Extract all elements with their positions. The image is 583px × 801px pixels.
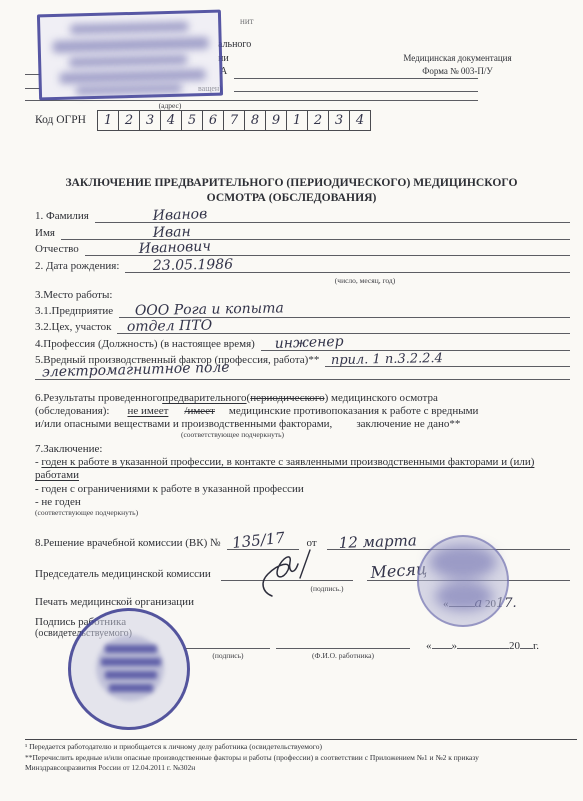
stamp-blurred-text: [429, 545, 497, 579]
ogrn-digit-cell: 2: [307, 110, 329, 131]
field-department: 3.2.Цех, участок отдел ПТО: [35, 320, 570, 334]
doc-meta-line2: Форма № 003-П/У: [355, 65, 560, 78]
worker-sign-hint: (подпись): [186, 651, 270, 660]
stamp-blurred-text: [53, 37, 209, 53]
header-text-fragment: ального: [218, 39, 251, 50]
field-birthdate: 2. Дата рождения: 23.05.1986: [35, 259, 570, 273]
blank-line: [457, 637, 509, 649]
handwritten-birthdate: 23.05.1986: [153, 259, 233, 273]
chairman-signature: [258, 546, 378, 598]
worker-signature-line: [186, 648, 270, 649]
ogrn-digit-cell: 1: [97, 110, 119, 131]
conclusion-label: 7.Заключение:: [35, 443, 572, 456]
handwritten-department: отдел ПТО: [127, 320, 212, 334]
ogrn-digit-cell: 7: [223, 110, 245, 131]
footnote-line2: **Перечислить вредные и/или опасные прои…: [25, 753, 577, 764]
ogrn-digit-cell: 3: [328, 110, 350, 131]
ogrn-label: Код ОГРН: [35, 114, 86, 126]
ogrn-digit-cell: 9: [265, 110, 287, 131]
round-seal-large: [68, 608, 190, 730]
stamp-blurred-text: [109, 684, 153, 692]
blank-line: [234, 78, 478, 79]
blank-line: [25, 88, 40, 89]
doc-meta-line1: Медицинская документация: [355, 52, 560, 65]
stamp-blurred-text: [435, 581, 493, 611]
field-workplace: 3.Место работы:: [35, 289, 570, 302]
field-label: 3.1.Предприятие: [35, 305, 113, 318]
results-text: 6.Результаты проведенного: [35, 392, 162, 405]
year-suffix: г.: [533, 640, 539, 652]
footnotes: ¹ Передается работодателю и приобщается …: [25, 742, 577, 774]
ogrn-digit-cell: 3: [139, 110, 161, 131]
form-title: ЗАКЛЮЧЕНИЕ ПРЕДВАРИТЕЛЬНОГО (ПЕРИОДИЧЕСК…: [20, 176, 563, 205]
handwritten-patronymic: Иванович: [138, 240, 211, 256]
worker-date: «»20г.: [426, 637, 539, 652]
ogrn-digit-cell: 8: [244, 110, 266, 131]
field-label: 4.Профессия (Должность) (в настоящее вре…: [35, 338, 255, 351]
results-text: медицинские противопоказания к работе с …: [229, 405, 479, 418]
blank-line: ООО Рога и копыта: [119, 304, 570, 318]
chairman-label: Председатель медицинской комиссии: [35, 568, 211, 581]
form-title-line2: ОСМОТРА (ОБСЛЕДОВАНИЯ): [20, 191, 563, 206]
stamp-blurred-text: [101, 658, 161, 666]
form-title-line1: ЗАКЛЮЧЕНИЕ ПРЕДВАРИТЕЛЬНОГО (ПЕРИОДИЧЕСК…: [20, 176, 563, 191]
address-hint: (адрес): [100, 101, 240, 110]
ogrn-digit-cell: 6: [202, 110, 224, 131]
field-firstname: Имя Иван: [35, 226, 570, 240]
birthdate-hint: (число, месяц, год): [290, 276, 440, 285]
blank-line: отдел ПТО: [117, 320, 570, 334]
blank-line: Иван: [61, 226, 570, 240]
round-seal-small: [417, 535, 509, 627]
conclusion-hint: (соответствующее подчеркнуть): [35, 508, 165, 517]
field-label: 3.Место работы:: [35, 289, 112, 302]
worker-fio-line: [276, 648, 410, 649]
stamp-blurred-text: [76, 84, 182, 96]
results-line1: 6.Результаты проведенного предварительно…: [35, 392, 572, 405]
field-company: 3.1.Предприятие ООО Рога и копыта: [35, 304, 570, 318]
footnote-divider: [25, 739, 577, 740]
seal-label: Печать медицинской организации: [35, 596, 194, 608]
footnote-line1: ¹ Передается работодателю и приобщается …: [25, 742, 577, 753]
handwritten-company: ООО Рога и копыта: [135, 302, 284, 318]
blank-line: прил. 1 п.3.2.2.4: [325, 353, 570, 367]
field-label: 2. Дата рождения:: [35, 260, 119, 273]
results-underlined-word: предварительного: [162, 392, 246, 405]
blank-line: [25, 100, 478, 101]
stamp-blurred-text: [105, 671, 157, 679]
clinic-header-stamp: [37, 10, 223, 101]
results-line2: (обследования):не имеет/имеетмедицинские…: [35, 405, 572, 418]
handwritten-profession: инженер: [274, 336, 343, 351]
results-struck-choice: /имеет: [184, 405, 214, 418]
field-label: 1. Фамилия: [35, 210, 89, 223]
results-struck-word: периодического: [250, 392, 324, 405]
stamp-blurred-text: [59, 69, 205, 84]
blank-line: Иванович: [85, 242, 570, 256]
blank-line: 23.05.1986: [125, 259, 570, 273]
stamp-blurred-text: [69, 55, 187, 68]
decision-label: 8.Решение врачебной комиссии (ВК) №: [35, 537, 221, 550]
ogrn-boxes: 1 2 3 4 5 6 7 8 9 1 2 3 4: [97, 110, 371, 131]
blank-line: [432, 637, 452, 649]
field-label: Отчество: [35, 243, 79, 256]
ogrn-digit-cell: 2: [118, 110, 140, 131]
year-prefix: 20: [509, 640, 520, 652]
worker-fio-hint: (Ф.И.О. работника): [276, 651, 410, 660]
option1-underlined: годен к работе в указанной профессии, в …: [35, 456, 534, 481]
field-label: 3.2.Цех, участок: [35, 321, 111, 334]
conclusion-option1: - годен к работе в указанной профессии, …: [35, 456, 550, 482]
medical-form-page: нит ального ни А ващен) (адрес) Медицинс…: [0, 0, 583, 801]
stamp-blurred-text: [70, 21, 188, 34]
doc-meta-block: Медицинская документация Форма № 003-П/У: [355, 52, 560, 78]
blank-line: [520, 637, 533, 649]
field-profession: 4.Профессия (Должность) (в настоящее вре…: [35, 337, 570, 351]
field-surname: 1. Фамилия Иванов: [35, 209, 570, 223]
handwritten-hazard-ref: прил. 1 п.3.2.2.4: [331, 352, 443, 367]
results-text: (обследования):: [35, 405, 109, 418]
handwritten-surname: Иванов: [152, 208, 207, 223]
ogrn-digit-cell: 4: [160, 110, 182, 131]
ogrn-digit-cell: 5: [181, 110, 203, 131]
handwritten-firstname: Иван: [153, 226, 191, 240]
footnote-line3: Минздравсоцразвития России от 12.04.2011…: [25, 763, 577, 774]
blank-line: инженер: [261, 337, 570, 351]
header-text-fragment: нит: [240, 16, 254, 26]
ogrn-digit-cell: 4: [349, 110, 371, 131]
field-label: Имя: [35, 227, 55, 240]
results-text: ) медицинского осмотра: [325, 392, 438, 405]
blank-line: Иванов: [95, 209, 570, 223]
blank-line: [234, 91, 478, 92]
ogrn-digit-cell: 1: [286, 110, 308, 131]
results-underlined-choice: не имеет: [127, 405, 168, 418]
blank-line: [35, 379, 570, 380]
field-patronymic: Отчество Иванович: [35, 242, 570, 256]
conclusion-option2: - годен с ограничениями к работе в указа…: [35, 483, 572, 496]
stamp-blurred-text: [105, 645, 157, 653]
results-hint: (соответствующее подчеркнуть): [35, 430, 430, 439]
